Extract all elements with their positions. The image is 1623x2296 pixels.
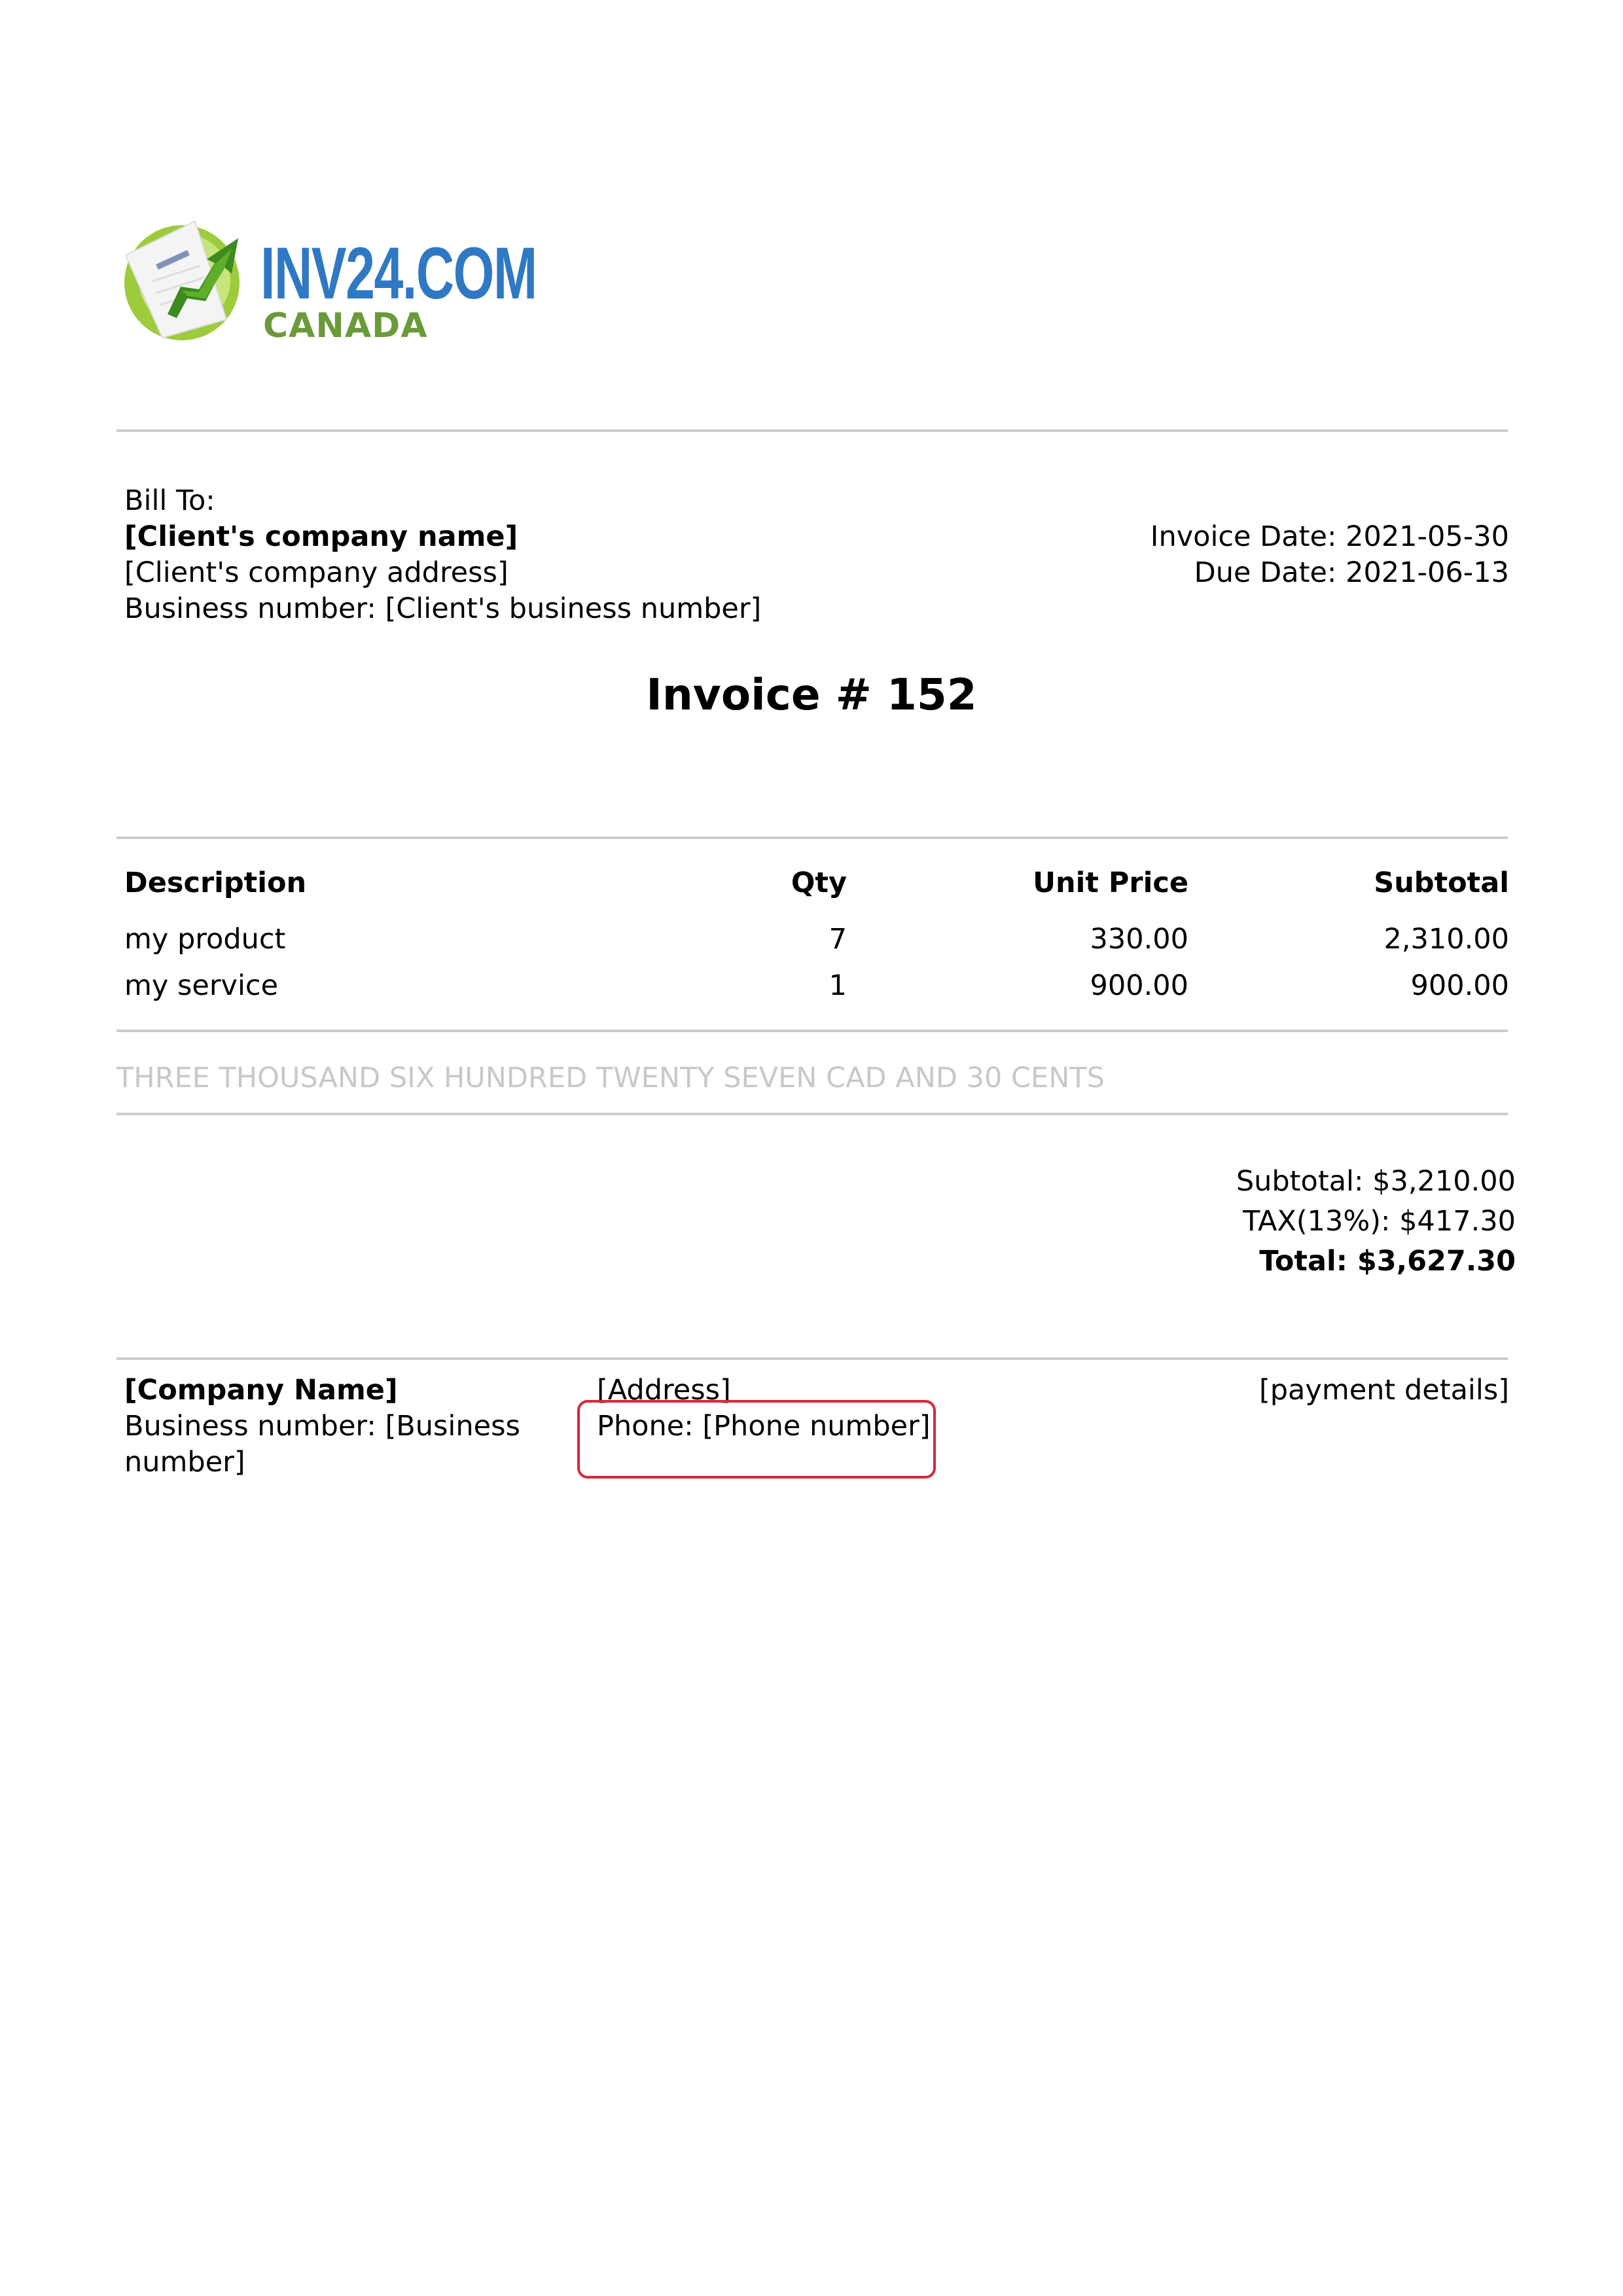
row-description: my service (124, 968, 278, 1004)
footer-business-number: Business number: [Business (124, 1408, 520, 1444)
brand-name: INV24.COM (260, 237, 537, 310)
footer-company-name: [Company Name] (124, 1372, 398, 1408)
company-logo: INV24.COM CANADA (116, 209, 522, 347)
row-subtotal: 2,310.00 (1384, 922, 1509, 958)
header-qty: Qty (791, 865, 847, 901)
amount-words-divider (116, 1113, 1508, 1115)
amount-in-words: THREE THOUSAND SIX HUNDRED TWENTY SEVEN … (116, 1060, 1105, 1096)
invoice-growth-arrow-icon (116, 209, 247, 347)
invoice-date: Invoice Date: 2021-05-30 (1150, 519, 1509, 555)
header-divider (116, 429, 1508, 432)
totals-subtotal: Subtotal: $3,210.00 (1236, 1164, 1516, 1200)
invoice-title: Invoice # 152 (0, 669, 1623, 721)
due-date: Due Date: 2021-06-13 (1194, 555, 1509, 591)
totals-total: Total: $3,627.30 (1259, 1244, 1516, 1280)
row-qty: 7 (829, 922, 847, 958)
row-description: my product (124, 922, 285, 958)
client-company-name: [Client's company name] (124, 519, 518, 555)
row-subtotal: 900.00 (1411, 968, 1509, 1004)
phone-highlight-box (577, 1400, 936, 1479)
client-business-number: Business number: [Client's business numb… (124, 591, 761, 627)
header-unit-price: Unit Price (1033, 865, 1188, 901)
row-qty: 1 (829, 968, 847, 1004)
row-unit-price: 900.00 (1090, 968, 1188, 1004)
client-company-address: [Client's company address] (124, 555, 508, 591)
totals-tax: TAX(13%): $417.30 (1243, 1204, 1516, 1240)
header-description: Description (124, 865, 306, 901)
footer-payment-details: [payment details] (1259, 1372, 1509, 1408)
row-unit-price: 330.00 (1090, 922, 1188, 958)
footer-business-number-cont: number] (124, 1444, 245, 1480)
bill-to-label: Bill To: (124, 483, 215, 519)
footer-divider (116, 1357, 1508, 1360)
header-subtotal: Subtotal (1374, 865, 1509, 901)
table-bottom-divider (116, 1030, 1508, 1032)
brand-region: CANADA (263, 308, 428, 344)
table-top-divider (116, 836, 1508, 839)
